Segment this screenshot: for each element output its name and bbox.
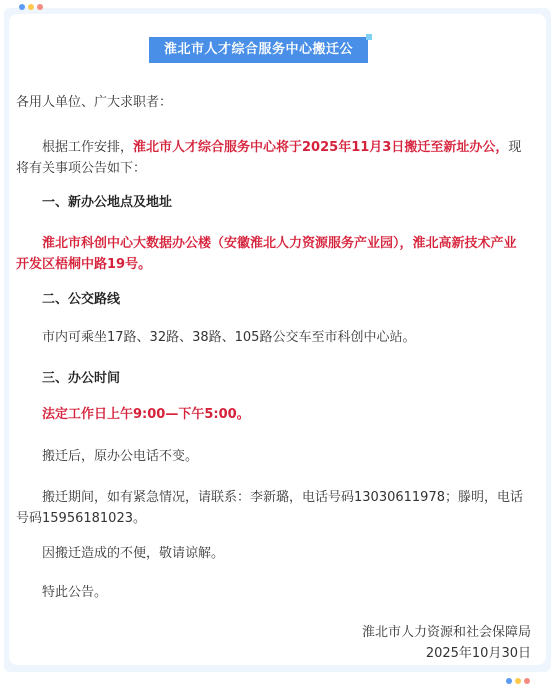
signature-issuer: 淮北市人力资源和社会保障局	[16, 622, 531, 643]
intro-prefix: 根据工作安排，	[42, 140, 133, 155]
notice-title: 淮北市人才综合服务中心搬迁公告	[149, 37, 368, 63]
decorative-dots-bottom	[506, 678, 530, 684]
note-phone-unchanged: 搬迁后，原办公电话不变。	[16, 446, 528, 467]
section-heading-bus: 二、公交路线	[16, 289, 528, 310]
blue-dot-icon	[19, 4, 25, 10]
red-dot-icon	[37, 4, 43, 10]
section-body-bus: 市内可乘坐17路、32路、38路、105路公交车至市科创中心站。	[16, 327, 528, 348]
section-heading-hours: 三、办公时间	[16, 368, 528, 389]
decorative-dots-top	[19, 4, 43, 10]
yellow-dot-icon	[515, 678, 521, 684]
blue-dot-icon	[506, 678, 512, 684]
red-dot-icon	[524, 678, 530, 684]
section-body-hours: 法定工作日上午9:00—下午5:00。	[16, 404, 528, 425]
note-closing: 特此公告。	[16, 582, 528, 603]
section-heading-address: 一、新办公地点及地址	[16, 192, 528, 213]
intro-highlight: 淮北市人才综合服务中心将于2025年11月3日搬迁至新址办公，	[133, 140, 508, 155]
yellow-dot-icon	[28, 4, 34, 10]
note-emergency-contact: 搬迁期间，如有紧急情况，请联系：李新璐，电话号码13030611978；滕明，电…	[16, 487, 528, 529]
note-apology: 因搬迁造成的不便，敬请谅解。	[16, 543, 528, 564]
title-corner-square-icon	[366, 34, 372, 40]
intro-paragraph: 根据工作安排，淮北市人才综合服务中心将于2025年11月3日搬迁至新址办公，现将…	[16, 137, 528, 179]
salutation: 各用人单位、广大求职者：	[16, 92, 528, 113]
section-body-address: 淮北市科创中心大数据办公楼（安徽淮北人力资源服务产业园），淮北高新技术产业开发区…	[16, 233, 528, 275]
signature-date: 2025年10月30日	[16, 643, 531, 664]
